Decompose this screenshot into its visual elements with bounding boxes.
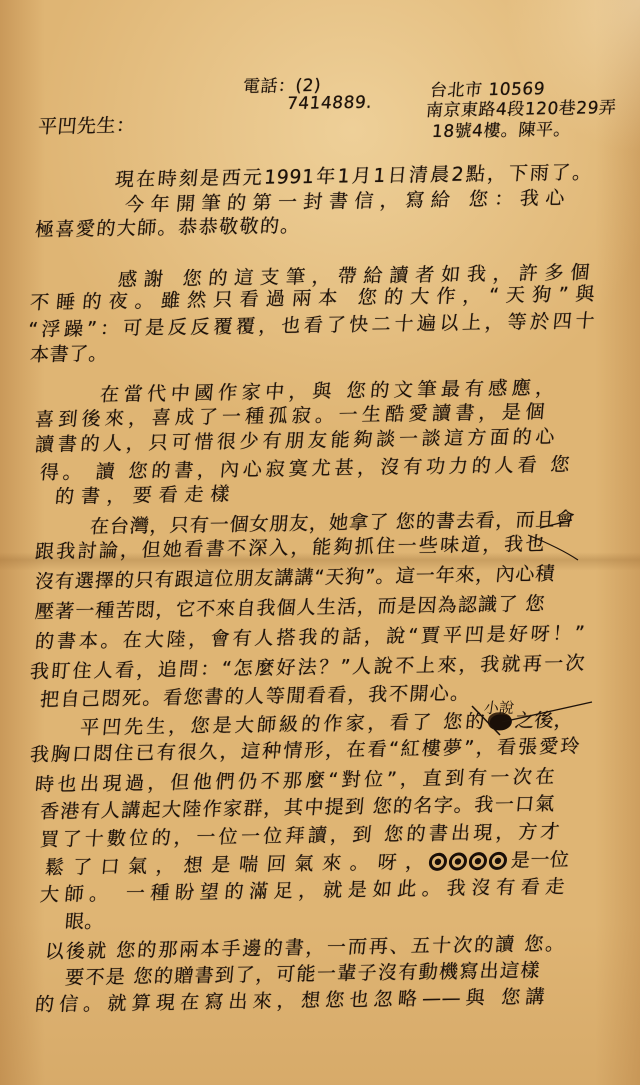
scribble-mark [468, 852, 488, 870]
letter-line: 把自己悶死。看您書的人等閒看看，我不開心。 [39, 681, 471, 712]
scribble-mark [428, 853, 448, 871]
address-line-street: 南京東路4段120巷29弄 [425, 98, 617, 121]
revised-line-after: 之後， [514, 708, 575, 733]
letter-page: 電話：(2) 7414889. 台北市 10569 南京東路4段120巷29弄 … [0, 0, 640, 1085]
letter-line: 極喜愛的大師。恭恭敬敬的。 [34, 214, 301, 242]
letter-line: 得。 讀 您的書，內心寂寞尤甚，沒有功力的人看 您 [39, 453, 571, 485]
letter-line: 買了十數位的，一位一位拜讀，到 您的書出現，方才 [39, 820, 561, 852]
phone-number: 7414889. [286, 93, 373, 114]
address-line-city: 台北市 10569 [429, 79, 546, 101]
letter-line: 大師。 一種盼望的滿足，就是如此。我沒有看走 [39, 875, 566, 907]
scribbled-out-words [428, 852, 508, 871]
salutation: 平凹先生： [37, 113, 137, 139]
letter-line: 香港有人講起大陸作家群，其中提到 您的名字。我一口氣 [39, 792, 556, 824]
letter-line: 眼。 [64, 909, 105, 934]
inserted-word: 小說 [483, 697, 516, 718]
letter-line: 的書本。在大陸，會有人搭我的話，說“賈平凹是好呀！” [34, 621, 586, 654]
revised-line-after: 是一位 [510, 848, 571, 873]
letter-line: 壓著一種苦悶，它不來自我個人生活，而是因為認識了 您 [34, 592, 546, 624]
letter-line: 的信。就算現在寫出來，想您也忽略——與 您講 [34, 985, 546, 1017]
letter-line: 本書了。 [29, 342, 109, 367]
scribble-mark [488, 852, 508, 870]
scribble-mark [448, 852, 468, 870]
address-line-floor-signature: 18號4樓。陳平。 [431, 120, 572, 142]
revised-line-before: 平凹先生，您是大師級的作家，看了 您的 [79, 710, 486, 740]
revised-line-before: 鬆了口氣，想是喘回氣來。呀， [44, 850, 426, 880]
letter-line: 沒有選擇的只有跟這位朋友講講“天狗”。這一年來，內心積 [34, 562, 556, 594]
letter-line: 的書，要看走樣的。 [54, 482, 231, 509]
letter-line: “浮躁”：可是反反覆覆，也看了快二十遍以上，等於四十 [27, 309, 596, 342]
letter-line: 我盯住人看，追問：“怎麼好法？”人說不上來，我就再一次 [29, 651, 586, 684]
